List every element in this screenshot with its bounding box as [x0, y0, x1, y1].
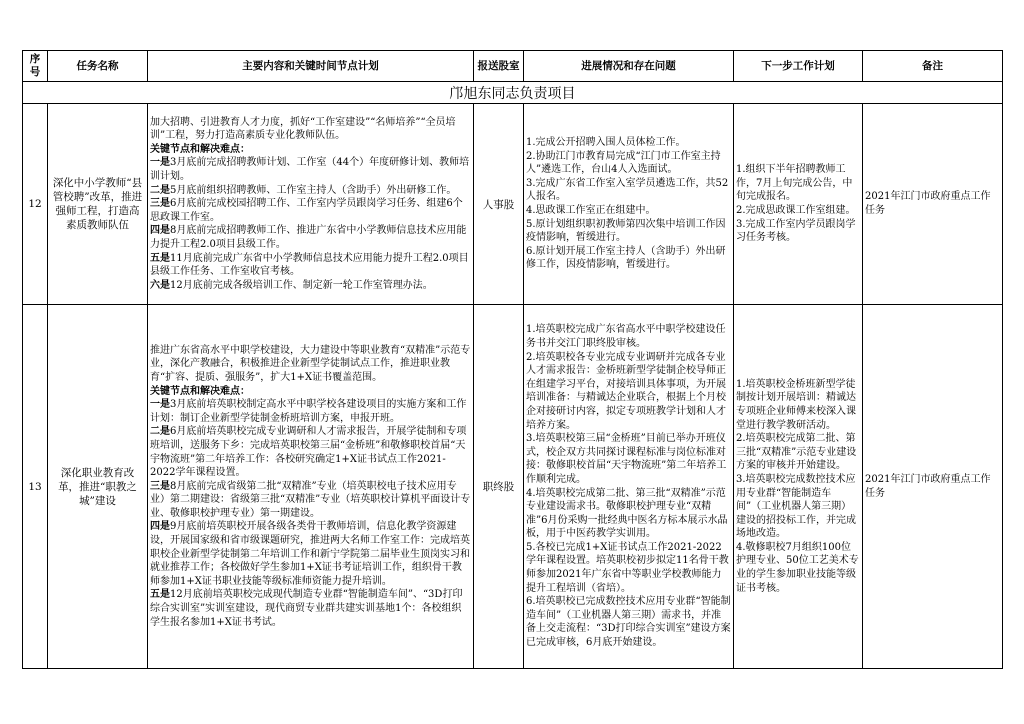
- section-title: 邝旭东同志负责项目: [23, 82, 1003, 104]
- content-intro: 推进广东省高水平中职学校建设，大力建设中等职业教育“双精准”示范专业，深化产教融…: [150, 344, 471, 385]
- progress-item: 2.协助江门市教育局完成“江门市工作室主持人”遴选工作，台山4人入选面试。: [526, 150, 731, 177]
- progress-item: 4.思政课工作室正在组建中。: [526, 204, 731, 218]
- task-name: 深化中小学教师“县管校聘”改革，推进强师工程，打造高素质教师队伍: [48, 104, 148, 305]
- item-lead: 一是: [150, 399, 170, 410]
- row-number: 12: [23, 104, 48, 305]
- key-points-label: 关键节点和解决难点：: [150, 143, 471, 157]
- progress-item: 2.培英职校各专业完成专业调研并完成各专业人才需求报告：金桥班新型学徒制企校导师…: [526, 351, 731, 433]
- progress-item: 1.完成公开招聘入围人员体检工作。: [526, 136, 731, 150]
- next-plan-item: 3.培英职校完成数控技术应用专业群“智能制造车间”（工业机器人第三期）建设的招投…: [736, 473, 860, 541]
- header-no: 序号: [23, 51, 48, 82]
- item-lead: 一是: [150, 157, 170, 168]
- item-lead: 四是: [150, 225, 170, 236]
- item-text: 6月底前完成校园招聘工作、工作室内学员跟岗学习任务、组建6个思政课工作室。: [150, 198, 463, 223]
- header-dept: 报送股室: [474, 51, 524, 82]
- item-text: 12月底前培英职校完成现代制造专业群“智能制造车间”、“3D打印综合实训室”实训…: [150, 589, 462, 627]
- progress-item: 3.完成广东省工作室入室学员遴选工作，共52人报名。: [526, 177, 731, 204]
- item-lead: 二是: [150, 185, 170, 196]
- item-lead: 二是: [150, 426, 170, 437]
- progress-item: 3.培英职校第三届“金桥班”目前已举办开班仪式，校企双方共同探讨课程标准与岗位标…: [526, 432, 731, 486]
- key-point-item: 四是8月底前完成招聘教师工作、推进广东省中小学教师信息技术应用能力提升工程2.0…: [150, 224, 471, 251]
- item-text: 9月底前培英职校开展各级各类骨干教师培训，信息化教学资源建设，开展国家级和省市级…: [150, 521, 470, 586]
- key-point-item: 五是12月底前培英职校完成现代制造专业群“智能制造车间”、“3D打印综合实训室”…: [150, 588, 471, 629]
- next-plan-item: 3.完成工作室内学员跟岗学习任务考核。: [736, 218, 860, 245]
- item-lead: 三是: [150, 481, 170, 492]
- item-text: 3月底前完成招聘教师计划、工作室（44个）年度研修计划、教师培训计划。: [150, 157, 469, 182]
- note: 2021年江门市政府重点工作任务: [863, 104, 1003, 305]
- header-next-plan: 下一步工作计划: [734, 51, 863, 82]
- header-content: 主要内容和关键时间节点计划: [148, 51, 474, 82]
- next-plan-item: 4.敬修职校7月组织100位护理专业、50位工艺美术专业的学生参加职业技能等级证…: [736, 541, 860, 595]
- task-name: 深化职业教育改革，推进“职教之城”建设: [48, 305, 148, 669]
- item-lead: 四是: [150, 521, 170, 532]
- table-row: 12 深化中小学教师“县管校聘”改革，推进强师工程，打造高素质教师队伍 加大招聘…: [23, 104, 1003, 305]
- key-point-item: 一是3月底前完成招聘教师计划、工作室（44个）年度研修计划、教师培训计划。: [150, 156, 471, 183]
- item-lead: 五是: [150, 589, 170, 600]
- header-task-name: 任务名称: [48, 51, 148, 82]
- key-point-item: 六是12月底前完成各级培训工作、制定新一轮工作室管理办法。: [150, 279, 471, 293]
- progress-item: 4.培英职校完成第二批、第三批“双精准”示范专业建设需求书。敬修职校护理专业“双…: [526, 487, 731, 541]
- content-intro: 加大招聘、引进教育人才力度，抓好“工作室建设”“名师培养”“全员培训”工程，努力…: [150, 116, 471, 143]
- item-text: 12月底前完成各级培训工作、制定新一轮工作室管理办法。: [170, 280, 433, 291]
- section-row: 邝旭东同志负责项目: [23, 82, 1003, 104]
- item-text: 5月底前组织招聘教师、工作室主持人（含助手）外出研修工作。: [170, 185, 456, 196]
- next-plan-item: 1.培英职校金桥班新型学徒制按计划开展培训：精诚达专项班企业师傅来校深入课堂进行…: [736, 378, 860, 432]
- department: 职终股: [474, 305, 524, 669]
- item-lead: 六是: [150, 280, 170, 291]
- table-row: 13 深化职业教育改革，推进“职教之城”建设 推进广东省高水平中职学校建设，大力…: [23, 305, 1003, 669]
- item-text: 3月底前培英职校制定高水平中职学校各建设项目的实施方案和工作计划：制订企业新型学…: [150, 399, 466, 424]
- header-progress: 进展情况和存在问题: [524, 51, 734, 82]
- next-plan-cell: 1.组织下半年招聘教师工作，7月上旬完成公告，中旬完成报名。 2.完成思政课工作…: [734, 104, 863, 305]
- header-row: 序号 任务名称 主要内容和关键时间节点计划 报送股室 进展情况和存在问题 下一步…: [23, 51, 1003, 82]
- next-plan-item: 1.组织下半年招聘教师工作，7月上旬完成公告，中旬完成报名。: [736, 163, 860, 204]
- key-point-item: 一是3月底前培英职校制定高水平中职学校各建设项目的实施方案和工作计划：制订企业新…: [150, 398, 471, 425]
- key-point-item: 三是8月底前完成省级第二批“双精准”专业（培英职校电子技术应用专业）第二期建设：…: [150, 480, 471, 521]
- progress-cell: 1.完成公开招聘入围人员体检工作。 2.协助江门市教育局完成“江门市工作室主持人…: [524, 104, 734, 305]
- next-plan-item: 2.完成思政课工作室组建。: [736, 204, 860, 218]
- header-note: 备注: [863, 51, 1003, 82]
- key-point-item: 四是9月底前培英职校开展各级各类骨干教师培训，信息化教学资源建设，开展国家级和省…: [150, 520, 471, 588]
- item-lead: 五是: [150, 253, 170, 264]
- progress-item: 6.培英职校已完成数控技术应用专业群“智能制造车间”（工业机器人第三期）需求书，…: [526, 595, 731, 649]
- progress-item: 1.培英职校完成广东省高水平中职学校建设任务书并交江门职终股审核。: [526, 323, 731, 350]
- task-content: 推进广东省高水平中职学校建设，大力建设中等职业教育“双精准”示范专业，深化产教融…: [148, 305, 474, 669]
- key-points-label: 关键节点和解决难点：: [150, 385, 471, 399]
- row-number: 13: [23, 305, 48, 669]
- progress-item: 6.原计划开展工作室主持人（含助手）外出研修工作，因疫情影响，暂缓进行。: [526, 245, 731, 272]
- work-plan-table: 序号 任务名称 主要内容和关键时间节点计划 报送股室 进展情况和存在问题 下一步…: [22, 50, 1003, 669]
- item-text: 11月底前完成广东省中小学教师信息技术应用能力提升工程2.0项目县级工作任务、工…: [150, 253, 469, 278]
- item-text: 8月底前完成省级第二批“双精准”专业（培英职校电子技术应用专业）第二期建设：省级…: [150, 481, 470, 519]
- key-point-item: 三是6月底前完成校园招聘工作、工作室内学员跟岗学习任务、组建6个思政课工作室。: [150, 197, 471, 224]
- department: 人事股: [474, 104, 524, 305]
- item-text: 8月底前完成招聘教师工作、推进广东省中小学教师信息技术应用能力提升工程2.0项目…: [150, 225, 466, 250]
- task-content: 加大招聘、引进教育人才力度，抓好“工作室建设”“名师培养”“全员培训”工程，努力…: [148, 104, 474, 305]
- next-plan-cell: 1.培英职校金桥班新型学徒制按计划开展培训：精诚达专项班企业师傅来校深入课堂进行…: [734, 305, 863, 669]
- progress-item: 5.各校已完成1+X证书试点工作2021-2022学年课程设置。培英职校初步拟定…: [526, 541, 731, 595]
- progress-item: 5.原计划组织职初教师第四次集中培训工作因疫情影响，暂缓进行。: [526, 218, 731, 245]
- key-point-item: 二是6月底前培英职校完成专业调研和人才需求报告，开展学徒制和专项班培训，送服务下…: [150, 425, 471, 479]
- progress-cell: 1.培英职校完成广东省高水平中职学校建设任务书并交江门职终股审核。 2.培英职校…: [524, 305, 734, 669]
- item-text: 6月底前培英职校完成专业调研和人才需求报告，开展学徒制和专项班培训，送服务下乡：…: [150, 426, 466, 478]
- item-lead: 三是: [150, 198, 170, 209]
- note: 2021年江门市政府重点工作任务: [863, 305, 1003, 669]
- next-plan-item: 2.培英职校完成第二批、第三批“双精准”示范专业建设方案的审核并开始建设。: [736, 432, 860, 473]
- key-point-item: 二是5月底前组织招聘教师、工作室主持人（含助手）外出研修工作。: [150, 184, 471, 198]
- key-point-item: 五是11月底前完成广东省中小学教师信息技术应用能力提升工程2.0项目县级工作任务…: [150, 252, 471, 279]
